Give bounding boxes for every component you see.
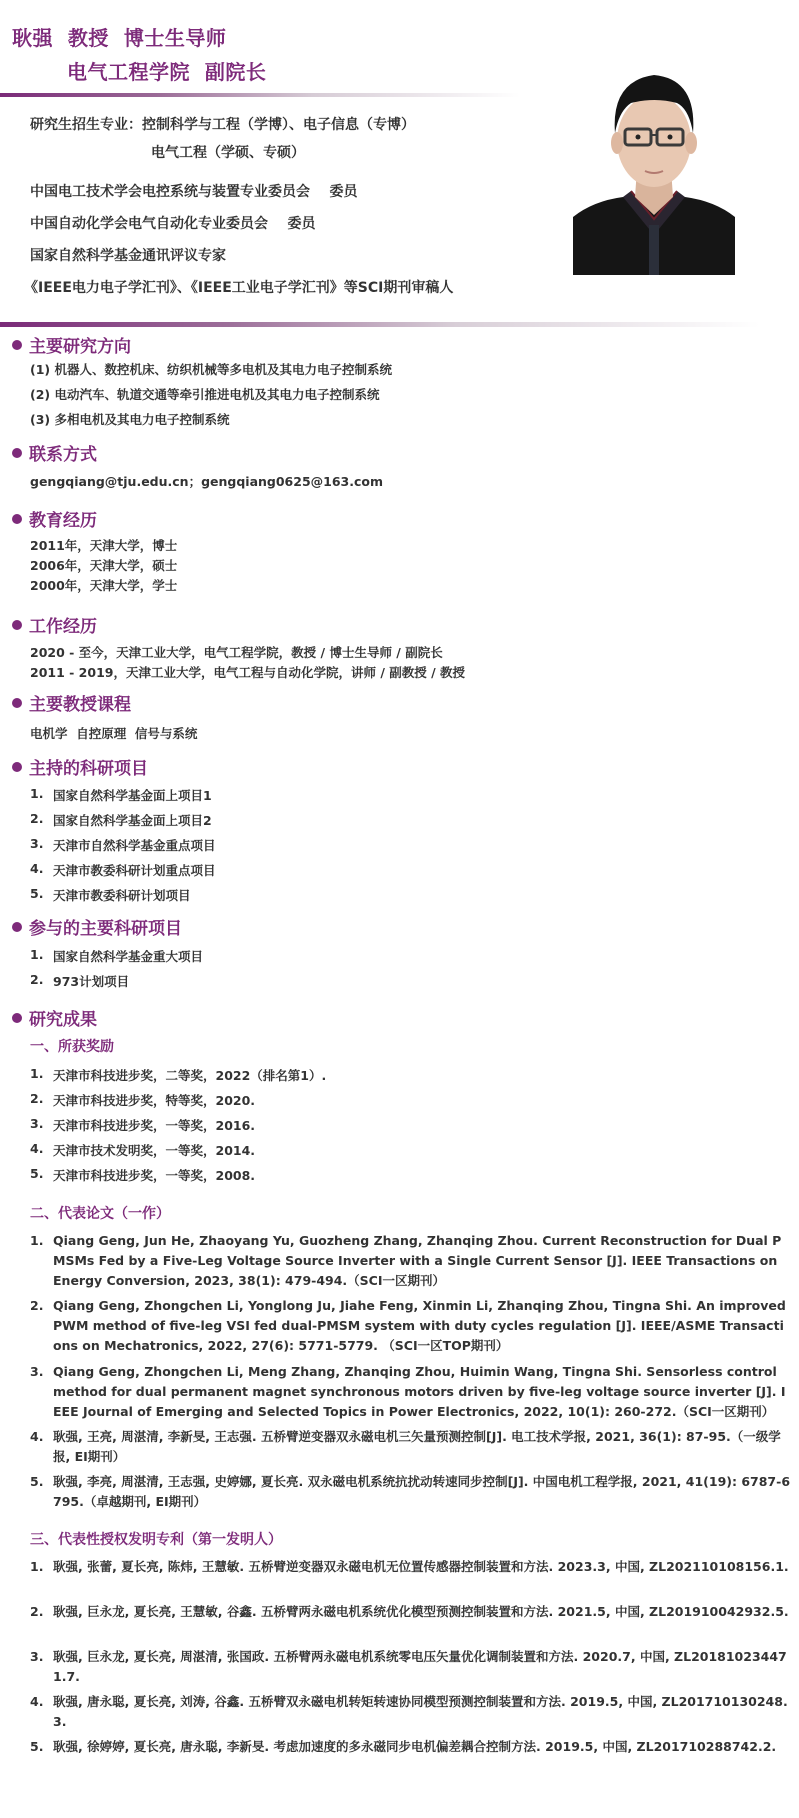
bullet-icon [12, 1013, 22, 1023]
section-title: 研究成果 [29, 1005, 97, 1030]
section-title: 参与的主要科研项目 [29, 914, 182, 939]
project-item: 5.天津市教委科研计划项目 [30, 886, 191, 904]
section-education: 教育经历 [12, 506, 97, 531]
project-item: 3.天津市自然科学基金重点项目 [30, 836, 216, 854]
paper-item: 5.耿强, 李亮, 周湛清, 王志强, 史婷娜, 夏长亮. 双永磁电机系统抗扰动… [30, 1472, 790, 1512]
header-divider [0, 93, 520, 97]
courses-list: 电机学 自控原理 信号与系统 [30, 724, 197, 742]
award-item: 2.天津市科技进步奖，特等奖，2020. [30, 1091, 255, 1109]
bullet-icon [12, 762, 22, 772]
position-title: 电气工程学院 副院长 [67, 56, 266, 85]
contact-email[interactable]: gengqiang@tju.edu.cn；gengqiang0625@163.c… [30, 472, 383, 490]
patent-item: 3.耿强, 巨永龙, 夏长亮, 周湛清, 张国政. 五桥臂两永磁电机系统零电压矢… [30, 1647, 790, 1687]
research-item: (2) 电动汽车、轨道交通等牵引推进电机及其电力电子控制系统 [30, 385, 379, 403]
bullet-icon [12, 514, 22, 524]
section-title: 教育经历 [29, 506, 97, 531]
section-led-projects: 主持的科研项目 [12, 754, 148, 779]
section-achievements: 研究成果 [12, 1005, 97, 1030]
bullet-icon [12, 448, 22, 458]
patent-item: 5.耿强, 徐婷婷, 夏长亮, 唐永聪, 李新旻. 考虑加速度的多永磁同步电机偏… [30, 1737, 790, 1757]
award-item: 5.天津市科技进步奖，一等奖，2008. [30, 1166, 255, 1184]
education-item: 2000年，天津大学，学士 [30, 576, 177, 594]
section-contact: 联系方式 [12, 440, 97, 465]
papers-title: 二、代表论文（一作） [30, 1203, 170, 1223]
section-divider [0, 322, 760, 327]
paper-item: 3.Qiang Geng, Zhongchen Li, Meng Zhang, … [30, 1362, 790, 1422]
award-item: 3.天津市科技进步奖，一等奖，2016. [30, 1116, 255, 1134]
paper-item: 1.Qiang Geng, Jun He, Zhaoyang Yu, Guozh… [30, 1231, 790, 1291]
bullet-icon [12, 340, 22, 350]
section-title: 主要研究方向 [29, 332, 131, 357]
bullet-icon [12, 620, 22, 630]
section-joined-projects: 参与的主要科研项目 [12, 914, 182, 939]
role-item: 中国电工技术学会电控系统与装置专业委员会 委员 [30, 181, 358, 201]
role-item: 《IEEE电力电子学汇刊》、《IEEE工业电子学汇刊》等SCI期刊审稿人 [24, 277, 453, 297]
patent-item: 1.耿强, 张蕾, 夏长亮, 陈炜, 王慧敏. 五桥臂逆变器双永磁电机无位置传感… [30, 1557, 790, 1577]
section-title: 主持的科研项目 [29, 754, 148, 779]
bullet-icon [12, 698, 22, 708]
section-research: 主要研究方向 [12, 332, 131, 357]
patents-title: 三、代表性授权发明专利（第一发明人） [30, 1529, 282, 1549]
award-item: 1.天津市科技进步奖，二等奖，2022（排名第1）. [30, 1066, 326, 1084]
role-item: 国家自然科学基金通讯评议专家 [30, 245, 226, 265]
patent-item: 4.耿强, 唐永聪, 夏长亮, 刘涛, 谷鑫. 五桥臂双永磁电机转矩转速协同模型… [30, 1692, 790, 1732]
project-item: 2.973计划项目 [30, 972, 129, 990]
project-item: 1.国家自然科学基金重大项目 [30, 947, 203, 965]
awards-title: 一、所获奖励 [30, 1036, 114, 1056]
paper-item: 2.Qiang Geng, Zhongchen Li, Yonglong Ju,… [30, 1296, 790, 1356]
education-item: 2011年，天津大学，博士 [30, 536, 177, 554]
work-item: 2020 - 至今，天津工业大学，电气工程学院，教授 / 博士生导师 / 副院长 [30, 643, 443, 661]
section-courses: 主要教授课程 [12, 690, 131, 715]
bullet-icon [12, 922, 22, 932]
work-item: 2011 - 2019，天津工业大学，电气工程与自动化学院，讲师 / 副教授 /… [30, 663, 465, 681]
project-item: 4.天津市教委科研计划重点项目 [30, 861, 216, 879]
project-item: 2.国家自然科学基金面上项目2 [30, 811, 212, 829]
section-title: 主要教授课程 [29, 690, 131, 715]
project-item: 1.国家自然科学基金面上项目1 [30, 786, 212, 804]
section-title: 工作经历 [29, 612, 97, 637]
patent-item: 2.耿强, 巨永龙, 夏长亮, 王慧敏, 谷鑫. 五桥臂两永磁电机系统优化模型预… [30, 1602, 790, 1622]
education-item: 2006年，天津大学，硕士 [30, 556, 177, 574]
section-work: 工作经历 [12, 612, 97, 637]
recruit-majors-cont: 电气工程（学硕、专硕） [151, 142, 305, 162]
paper-item: 4.耿强, 王亮, 周湛清, 李新旻, 王志强. 五桥臂逆变器双永磁电机三矢量预… [30, 1427, 790, 1467]
name-title: 耿强 教授 博士生导师 [12, 22, 226, 51]
award-item: 4.天津市技术发明奖，一等奖，2014. [30, 1141, 255, 1159]
research-item: (3) 多相电机及其电力电子控制系统 [30, 410, 229, 428]
portrait-photo [573, 51, 735, 275]
section-title: 联系方式 [29, 440, 97, 465]
role-item: 中国自动化学会电气自动化专业委员会 委员 [30, 213, 316, 233]
recruit-majors: 研究生招生专业：控制科学与工程（学博）、电子信息（专博） [30, 114, 415, 134]
research-item: (1) 机器人、数控机床、纺织机械等多电机及其电力电子控制系统 [30, 360, 392, 378]
